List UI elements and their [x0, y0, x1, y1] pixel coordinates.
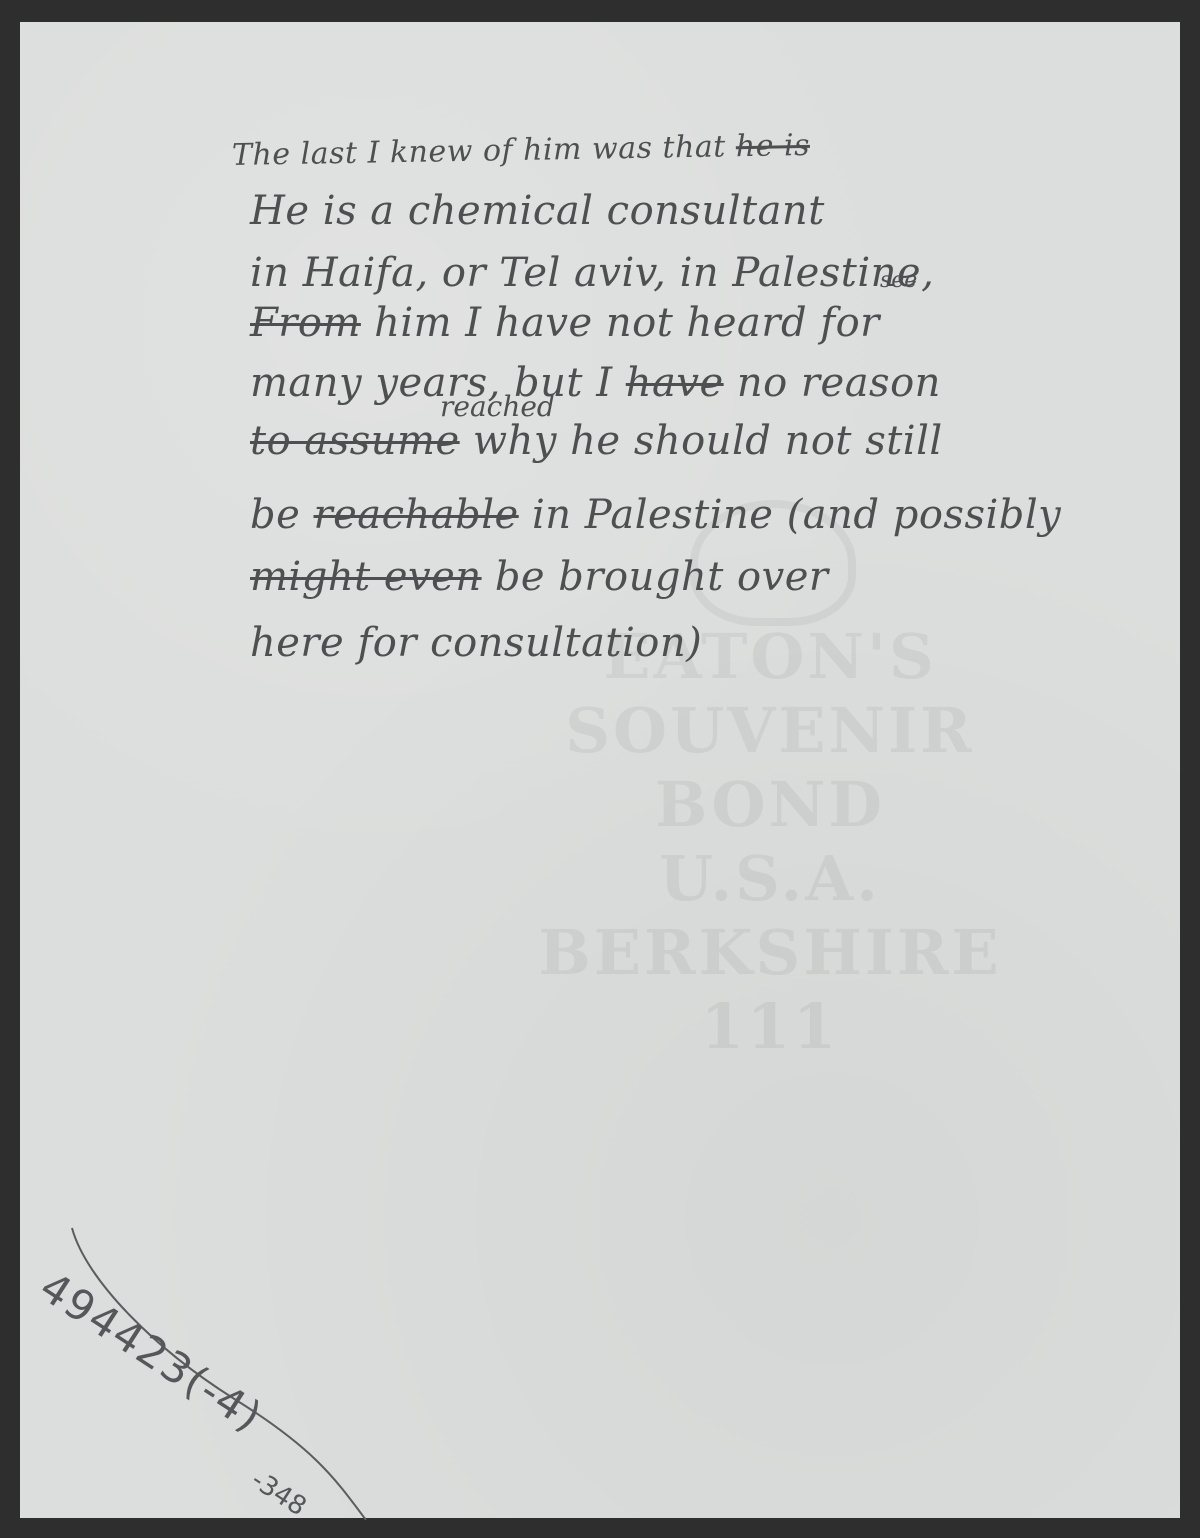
struck-text: might even — [250, 554, 482, 600]
note-text: here for consultation) — [250, 620, 702, 666]
struck-text: reachable — [314, 492, 519, 538]
watermark-line: SOUVENIR — [520, 694, 1020, 768]
watermark-line: U.S.A. — [520, 842, 1020, 916]
struck-text: have — [626, 360, 724, 406]
watermark-line: BOND — [520, 768, 1020, 842]
note-text: be — [250, 492, 300, 538]
note-text: in Haifa, or Tel aviv, in Palestine, — [250, 250, 934, 296]
note-line-2: He is a chemical consultant — [250, 188, 825, 234]
note-text-tail: no reason — [737, 360, 941, 406]
note-text: him I have not heard for — [374, 300, 880, 346]
note-text-tail: in Palestine (and possibly — [532, 492, 1061, 538]
note-line-4: From him I have not heard for — [250, 300, 880, 346]
note-line-8: might even be brought over — [250, 554, 829, 600]
watermark-line: BERKSHIRE — [520, 916, 1020, 990]
note-text: He is a chemical consultant — [250, 188, 825, 234]
note-text: many years, but I — [250, 360, 613, 406]
note-text: why he should not still — [473, 418, 943, 464]
note-line-6: to assume why he should not still — [250, 418, 943, 464]
watermark-line: 111 — [520, 990, 1020, 1064]
struck-text: to assume — [250, 418, 460, 464]
paper-watermark: EATON'S SOUVENIR BOND U.S.A. BERKSHIRE 1… — [520, 620, 1020, 1080]
note-line-3: in Haifa, or Tel aviv, in Palestine, — [250, 250, 934, 296]
note-line-7: be reachable in Palestine (and possibly — [250, 492, 1061, 538]
struck-text: From — [250, 300, 361, 346]
inserted-word: reached — [440, 390, 555, 423]
inserted-word: see — [880, 268, 917, 293]
struck-text: he is — [736, 128, 811, 164]
note-line-9: here for consultation) — [250, 620, 702, 666]
note-line-5: many years, but I have no reason — [250, 360, 941, 406]
note-text: be brought over — [495, 554, 829, 600]
